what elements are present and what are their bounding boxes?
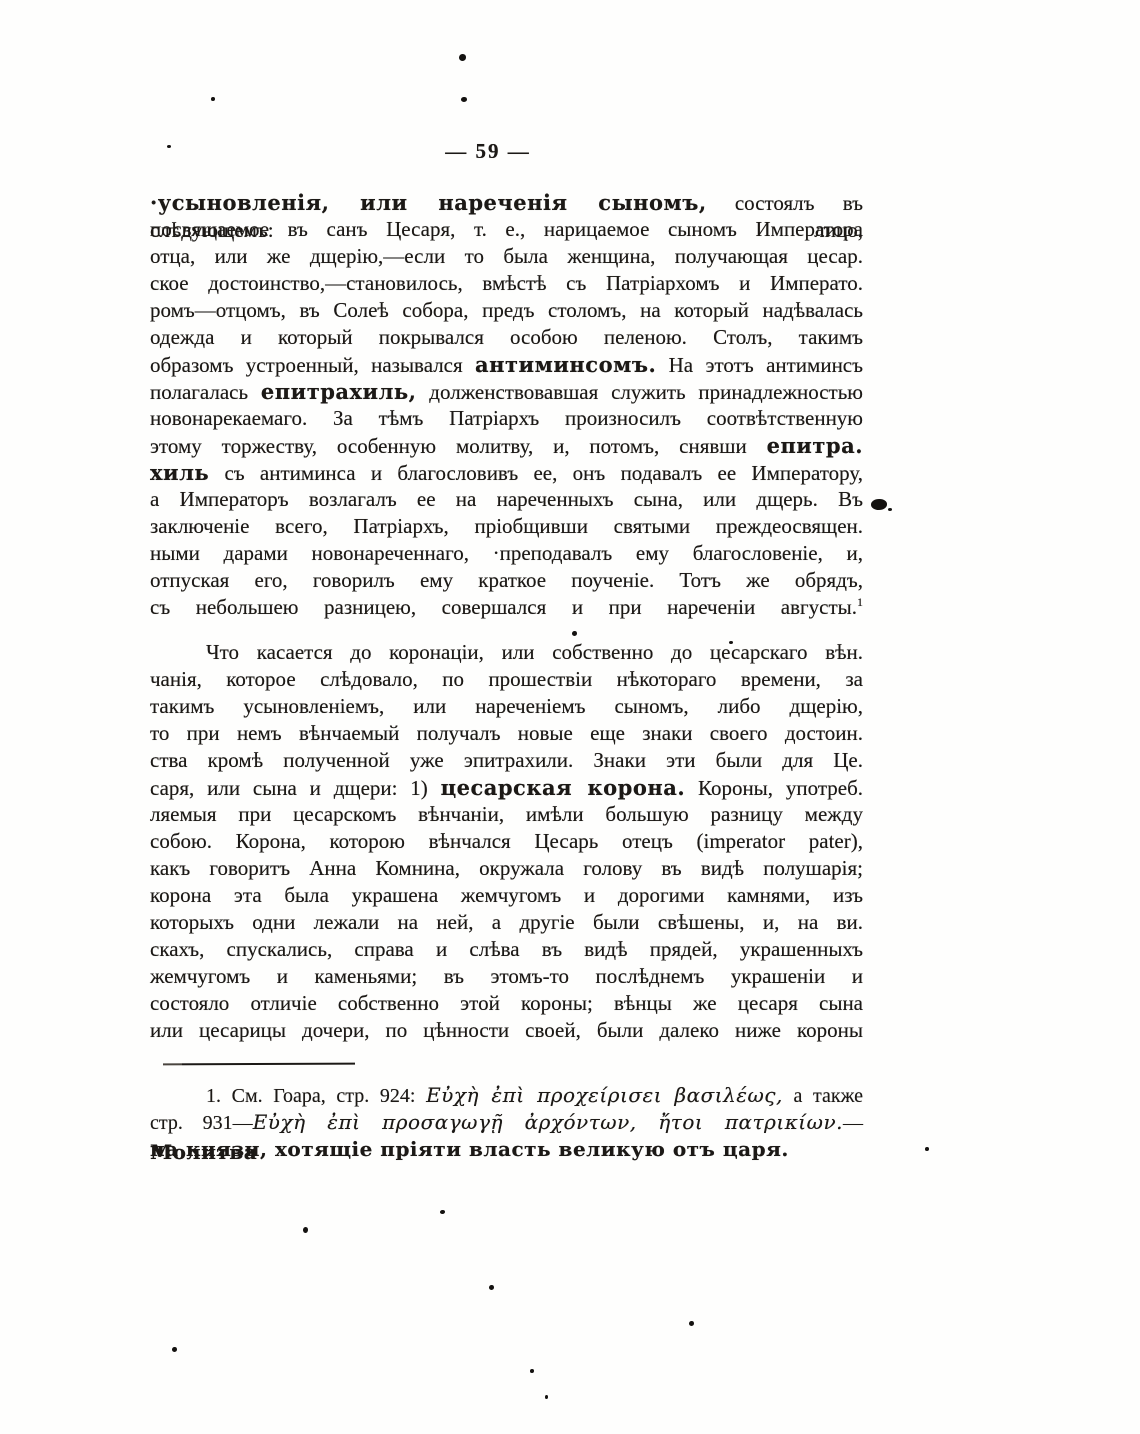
ink-speck <box>211 97 215 101</box>
text-line: а Императоръ возлагалъ ее на нареченныхъ… <box>150 486 863 513</box>
ink-speck <box>440 1210 445 1214</box>
text-line: ляемыя при цесарскомъ вѣнчаніи, имѣли бо… <box>150 801 863 828</box>
greek-text: Εὐχὴ ἐπὶ προχείρισει βασιλέως, <box>426 1083 783 1107</box>
text-line: собою. Корона, которою вѣнчался Цесарь о… <box>150 828 863 855</box>
ink-speck <box>888 508 892 511</box>
body-segment: отпуская его, говорилъ ему краткое поуче… <box>150 568 863 592</box>
body-segment: состояло отличіе собственно этой короны;… <box>150 991 863 1015</box>
ink-speck <box>459 54 466 61</box>
body-segment: новонарекаемаго. За тѣмъ Патріархъ произ… <box>150 406 863 430</box>
ink-speck <box>461 97 467 102</box>
text-line: или цесарицы дочери, по цѣнности своей, … <box>150 1017 863 1044</box>
ink-speck <box>572 631 577 636</box>
body-segment: ское достоинство,—становилось, вмѣстѣ съ… <box>150 271 863 295</box>
scan-page: — 59 — ·усыновленія, или нареченія сыном… <box>0 0 1140 1434</box>
paragraph: ·усыновленія, или нареченія сыномъ, сост… <box>150 189 863 621</box>
ink-speck <box>172 1347 177 1352</box>
body-segment: съ небольшею разницею, совершался и при … <box>150 595 857 619</box>
footnote-marker: 1 <box>857 595 863 609</box>
church-slavonic-text: епитрахиль, <box>261 379 417 404</box>
text-line: Что касается до коронаціи, или собственн… <box>150 639 863 666</box>
body-segment: жемчугомъ и каменьями; въ этомъ-то послѣ… <box>150 964 863 988</box>
body-segment: ромъ—отцомъ, въ Солеѣ собора, предъ стол… <box>150 298 863 322</box>
text-line: состояло отличіе собственно этой короны;… <box>150 990 863 1017</box>
text-line: полагалась епитрахиль, долженствовавшая … <box>150 378 863 405</box>
body-segment: — <box>843 1112 863 1134</box>
body-segment: а Императоръ возлагалъ ее на нареченныхъ… <box>150 487 863 511</box>
body-segment: саря, или сына и дщери: 1) <box>150 776 441 800</box>
body-segment: или цесарицы дочери, по цѣнности своей, … <box>150 1018 863 1042</box>
body-segment: Короны, употреб. <box>685 776 863 800</box>
church-slavonic-text: на князи, хотящіе пріяти власть великую … <box>150 1137 789 1161</box>
church-slavonic-text: епитра. <box>767 433 863 458</box>
text-line: одежда и который покрывался особою пелен… <box>150 324 863 351</box>
body-segment: корона эта была украшена жемчугомъ и дор… <box>150 883 863 907</box>
text-line: скахъ, спускались, справа и слѣва въ вид… <box>150 936 863 963</box>
ink-speck <box>689 1321 694 1326</box>
body-segment: 1. См. Гоара, стр. 924: <box>206 1085 426 1107</box>
church-slavonic-text: хиль <box>150 460 209 485</box>
text-line: ными дарами новонареченнаго, ·преподавал… <box>150 540 863 567</box>
body-segment: собою. Корона, которою вѣнчался Цесарь о… <box>150 829 863 853</box>
text-line: заключеніе всего, Патріархъ, пріобщивши … <box>150 513 863 540</box>
text-line: новонарекаемаго. За тѣмъ Патріархъ произ… <box>150 405 863 432</box>
body-segment: ства кромѣ полученной уже эпитрахили. Зн… <box>150 748 863 772</box>
text-line: отца, или же дщерію,—если то была женщин… <box>150 243 863 270</box>
text-line: стр. 931—Εὐχὴ ἐπὶ προσαγωγῇ ἀρχόντων, ἤτ… <box>150 1108 863 1135</box>
body-segment: то при немъ вѣнчаемый получалъ новые еще… <box>150 721 863 745</box>
text-line: ·усыновленія, или нареченія сыномъ, сост… <box>150 189 863 216</box>
text-line: которыхъ одни лежали на ней, а другіе бы… <box>150 909 863 936</box>
body-segment: образомъ устроенный, назывался <box>150 353 475 377</box>
text-line: на князи, хотящіе пріяти власть великую … <box>150 1135 863 1162</box>
text-line: такимъ усыновленіемъ, или нареченіемъ сы… <box>150 693 863 720</box>
ink-speck <box>167 145 171 148</box>
body-segment: Что касается до коронаціи, или собственн… <box>206 640 863 664</box>
text-line: этому торжеству, особенную молитву, и, п… <box>150 432 863 459</box>
body-segment: а также <box>783 1085 863 1107</box>
text-line: ромъ—отцомъ, въ Солеѣ собора, предъ стол… <box>150 297 863 324</box>
text-line: то при немъ вѣнчаемый получалъ новые еще… <box>150 720 863 747</box>
body-segment: отца, или же дщерію,—если то была женщин… <box>150 244 863 268</box>
footnote-text: 1. См. Гоара, стр. 924: Εὐχὴ ἐπὶ προχείρ… <box>150 1081 863 1162</box>
body-segment: съ антиминса и благословивъ ее, онъ пода… <box>209 461 863 485</box>
ink-speck <box>925 1147 929 1151</box>
church-slavonic-text: цесарская корона. <box>441 775 686 800</box>
body-segment: скахъ, спускались, справа и слѣва въ вид… <box>150 937 863 961</box>
text-line: ское достоинство,—становилось, вмѣстѣ съ… <box>150 270 863 297</box>
page-number: — 59 — <box>150 139 826 164</box>
text-line: 1. См. Гоара, стр. 924: Εὐχὴ ἐπὶ προχείρ… <box>150 1081 863 1108</box>
text-line: ства кромѣ полученной уже эпитрахили. Зн… <box>150 747 863 774</box>
body-segment: которыхъ одни лежали на ней, а другіе бы… <box>150 910 863 934</box>
text-line: корона эта была украшена жемчугомъ и дор… <box>150 882 863 909</box>
ink-speck <box>530 1369 534 1373</box>
footnote-rule <box>163 1063 355 1066</box>
text-line: образомъ устроенный, назывался антиминсо… <box>150 351 863 378</box>
ink-speck <box>489 1285 494 1290</box>
text-line: хиль съ антиминса и благословивъ ее, онъ… <box>150 459 863 486</box>
church-slavonic-text: антиминсомъ. <box>475 352 656 377</box>
paragraph: Что касается до коронаціи, или собственн… <box>150 639 863 1044</box>
body-segment: полагалась <box>150 380 261 404</box>
body-segment: чанія, которое слѣдовало, по прошествіи … <box>150 667 863 691</box>
body-segment: посвящаемое въ санъ Цесаря, т. е., нариц… <box>150 217 863 241</box>
body-segment: На этотъ антиминсъ <box>656 353 863 377</box>
text-line: съ небольшею разницею, совершался и при … <box>150 594 863 621</box>
body-segment: одежда и который покрывался особою пелен… <box>150 325 863 349</box>
body-segment: этому торжеству, особенную молитву, и, п… <box>150 434 767 458</box>
body-text: ·усыновленія, или нареченія сыномъ, сост… <box>150 189 863 1044</box>
ink-speck <box>729 641 733 644</box>
body-segment: ляемыя при цесарскомъ вѣнчаніи, имѣли бо… <box>150 802 863 826</box>
text-line: какъ говоритъ Анна Комнина, окружала гол… <box>150 855 863 882</box>
church-slavonic-text: ·усыновленія, или нареченія сыномъ, <box>150 190 707 215</box>
text-line: чанія, которое слѣдовало, по прошествіи … <box>150 666 863 693</box>
text-line: саря, или сына и дщери: 1) цесарская кор… <box>150 774 863 801</box>
body-segment: ными дарами новонареченнаго, ·преподавал… <box>150 541 863 565</box>
body-segment: стр. 931— <box>150 1112 253 1134</box>
body-segment: заключеніе всего, Патріархъ, пріобщивши … <box>150 514 863 538</box>
body-segment: такимъ усыновленіемъ, или нареченіемъ сы… <box>150 694 863 718</box>
body-segment: долженствовавшая служить принадлежностью <box>416 380 863 404</box>
ink-speck <box>871 499 887 510</box>
ink-speck <box>545 1395 548 1399</box>
text-line: посвящаемое въ санъ Цесаря, т. е., нариц… <box>150 216 863 243</box>
greek-text: Εὐχὴ ἐπὶ προσαγωγῇ ἀρχόντων, ἤτοι πατρικ… <box>253 1110 843 1134</box>
text-line: жемчугомъ и каменьями; въ этомъ-то послѣ… <box>150 963 863 990</box>
body-segment: какъ говоритъ Анна Комнина, окружала гол… <box>150 856 863 880</box>
text-line: отпуская его, говорилъ ему краткое поуче… <box>150 567 863 594</box>
ink-speck <box>303 1227 308 1233</box>
